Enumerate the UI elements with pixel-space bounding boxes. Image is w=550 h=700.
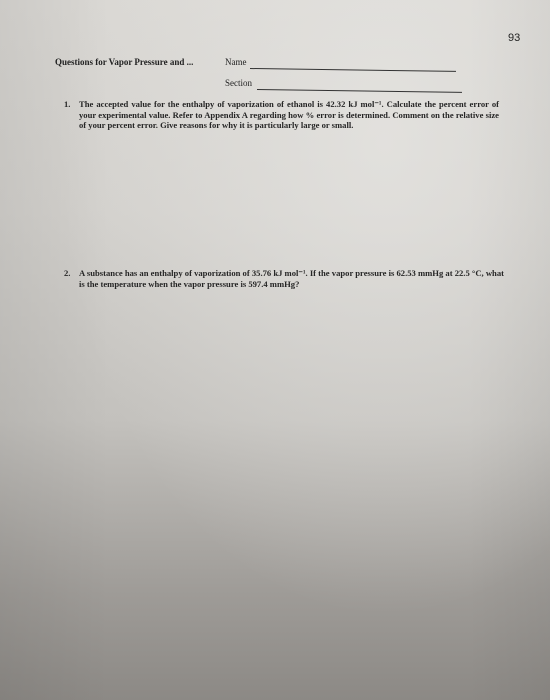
section-blank-line[interactable] xyxy=(257,89,462,93)
name-blank-line[interactable] xyxy=(250,68,456,72)
section-label: Section xyxy=(225,78,252,88)
worksheet-page: 93 Questions for Vapor Pressure and ... … xyxy=(0,0,550,700)
question-text: A substance has an enthalpy of vaporizat… xyxy=(79,268,509,289)
question-text: The accepted value for the enthalpy of v… xyxy=(79,99,499,131)
name-label: Name xyxy=(225,57,247,67)
question-number: 1. xyxy=(64,99,70,110)
page-number: 93 xyxy=(508,32,520,44)
question-number: 2. xyxy=(64,268,70,279)
worksheet-title: Questions for Vapor Pressure and ... xyxy=(55,57,193,67)
